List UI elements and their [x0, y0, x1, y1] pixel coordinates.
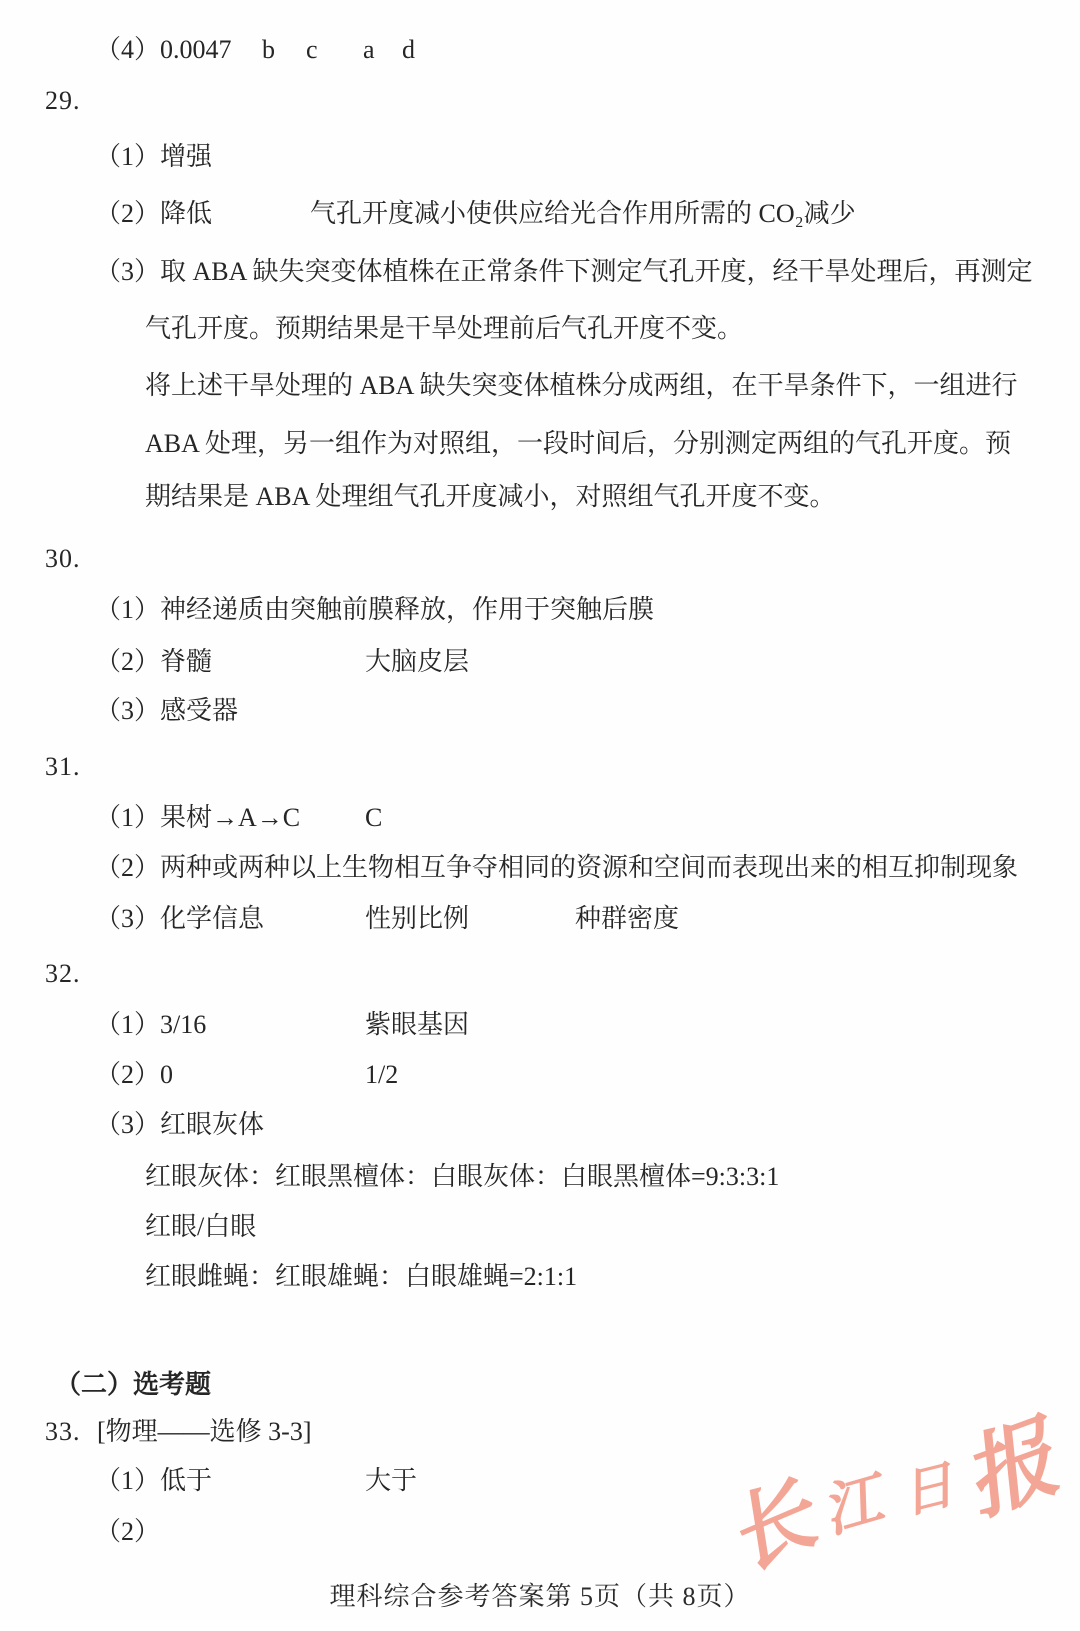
- answer-value: （2）降低: [95, 197, 212, 231]
- line-q29-item1: （1）增强: [0, 140, 1080, 176]
- question-number: 33.: [45, 1415, 81, 1449]
- answer-value: 紫眼基因: [365, 1008, 469, 1042]
- line-q29-item2: （2）降低 气孔开度减小使供应给光合作用所需的 CO₂减少: [0, 197, 1080, 233]
- section-heading: （二）选考题: [55, 1368, 211, 1402]
- line-q29-item3-5: 期结果是 ABA 处理组气孔开度减小，对照组气孔开度不变。: [0, 480, 1080, 516]
- question-number: 29.: [45, 84, 81, 118]
- answer-value: （3）感受器: [95, 694, 238, 728]
- answer-option: b: [262, 33, 275, 67]
- answer-value: 将上述干旱处理的 ABA 缺失突变体植株分成两组，在干旱条件下，一组进行: [145, 369, 1017, 403]
- answer-value: （1）3/16: [95, 1008, 206, 1042]
- answer-value: （1）神经递质由突触前膜释放，作用于突触后膜: [95, 593, 654, 627]
- answer-value: （1）增强: [95, 140, 212, 174]
- line-q30-item3: （3）感受器: [0, 694, 1080, 730]
- answer-value: C: [365, 801, 382, 835]
- line-q32-number: 32.: [0, 957, 1080, 993]
- line-q32-item3-3: 红眼/白眼: [0, 1210, 1080, 1246]
- answer-value: 红眼雌蝇：红眼雄蝇：白眼雄蝇=2:1:1: [145, 1260, 577, 1294]
- line-q30-item2: （2）脊髓 大脑皮层: [0, 645, 1080, 681]
- line-q32-item3-1: （3）红眼灰体: [0, 1108, 1080, 1144]
- line-q33-item2: （2）: [0, 1515, 1080, 1551]
- answer-value: （2）0: [95, 1058, 173, 1092]
- answer-option: d: [402, 33, 415, 67]
- answer-value: 期结果是 ABA 处理组气孔开度减小，对照组气孔开度不变。: [145, 480, 835, 514]
- answer-value: 大脑皮层: [365, 645, 469, 679]
- line-q33-header: 33. [物理——选修 3-3]: [0, 1415, 1080, 1451]
- answer-value: （1）果树→A→C: [95, 801, 300, 835]
- line-q32-item1: （1）3/16 紫眼基因: [0, 1008, 1080, 1044]
- line-q31-number: 31.: [0, 750, 1080, 786]
- question-number: 30.: [45, 542, 81, 576]
- answer-option: a: [363, 33, 375, 67]
- line-q30-item1: （1）神经递质由突触前膜释放，作用于突触后膜: [0, 593, 1080, 629]
- line-q32-item3-2: 红眼灰体：红眼黑檀体：白眼灰体：白眼黑檀体=9:3:3:1: [0, 1160, 1080, 1196]
- answer-value: 红眼/白眼: [145, 1210, 256, 1244]
- question-number: 31.: [45, 750, 81, 784]
- line-q29-item3-1: （3）取 ABA 缺失突变体植株在正常条件下测定气孔开度，经干旱处理后，再测定: [0, 255, 1080, 291]
- question-number: 32.: [45, 957, 81, 991]
- answer-value: （2）两种或两种以上生物相互争夺相同的资源和空间而表现出来的相互抑制现象: [95, 851, 1018, 885]
- answer-value: 种群密度: [575, 902, 679, 936]
- answer-value: 气孔开度减小使供应给光合作用所需的 CO₂减少: [310, 197, 856, 231]
- line-section2-heading: （二）选考题: [0, 1368, 1080, 1404]
- answer-value: 气孔开度。预期结果是干旱处理前后气孔开度不变。: [145, 312, 743, 346]
- line-q32-item3-4: 红眼雌蝇：红眼雄蝇：白眼雄蝇=2:1:1: [0, 1260, 1080, 1296]
- line-q31-item3: （3）化学信息 性别比例 种群密度: [0, 902, 1080, 938]
- exam-answer-page: （4）0.0047 b c a d 29. （1）增强 （2）降低 气孔开度减小…: [0, 0, 1080, 1631]
- answer-value: ABA 处理，另一组作为对照组，一段时间后，分别测定两组的气孔开度。预: [145, 427, 1011, 461]
- answer-value: （1）低于: [95, 1464, 212, 1498]
- answer-value: 红眼灰体：红眼黑檀体：白眼灰体：白眼黑檀体=9:3:3:1: [145, 1160, 779, 1194]
- line-q29-item3-4: ABA 处理，另一组作为对照组，一段时间后，分别测定两组的气孔开度。预: [0, 427, 1080, 463]
- line-q30-number: 30.: [0, 542, 1080, 578]
- answer-value: （2）脊髓: [95, 645, 212, 679]
- answer-value: （4）0.0047: [95, 33, 232, 67]
- answer-value: 1/2: [365, 1058, 398, 1092]
- answer-value: （3）红眼灰体: [95, 1108, 264, 1142]
- line-q31-item2: （2）两种或两种以上生物相互争夺相同的资源和空间而表现出来的相互抑制现象: [0, 851, 1080, 887]
- answer-option: c: [306, 33, 318, 67]
- line-q29-item3-2: 气孔开度。预期结果是干旱处理前后气孔开度不变。: [0, 312, 1080, 348]
- answer-value: （3）取 ABA 缺失突变体植株在正常条件下测定气孔开度，经干旱处理后，再测定: [95, 255, 1032, 289]
- line-q32-item2: （2）0 1/2: [0, 1058, 1080, 1094]
- line-q31-item1: （1）果树→A→C C: [0, 801, 1080, 837]
- line-q29-item3-3: 将上述干旱处理的 ABA 缺失突变体植株分成两组，在干旱条件下，一组进行: [0, 369, 1080, 405]
- page-footer: 理科综合参考答案第 5页（共 8页）: [0, 1576, 1080, 1613]
- line-q33-item1: （1）低于 大于: [0, 1464, 1080, 1500]
- answer-value: 大于: [365, 1464, 417, 1498]
- line-q29-number: 29.: [0, 84, 1080, 120]
- footer-text: 理科综合参考答案第 5页（共 8页）: [329, 1582, 750, 1611]
- document-body: （4）0.0047 b c a d 29. （1）增强 （2）降低 气孔开度减小…: [0, 0, 1080, 1631]
- line-q28-item4: （4）0.0047 b c a d: [0, 33, 1080, 69]
- answer-value: 性别比例: [365, 902, 469, 936]
- answer-value: （2）: [95, 1515, 160, 1549]
- answer-value: （3）化学信息: [95, 902, 264, 936]
- question-subject-header: [物理——选修 3-3]: [97, 1415, 311, 1449]
